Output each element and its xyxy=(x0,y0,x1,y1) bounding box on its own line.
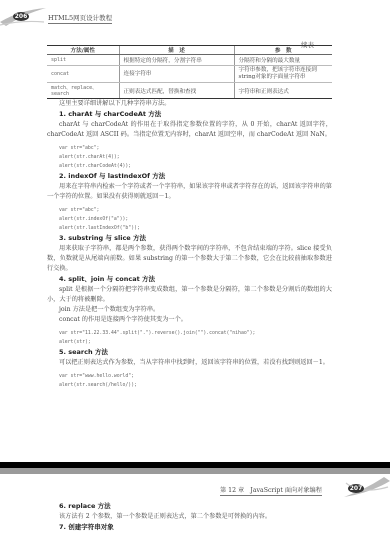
code-line: alert(str.search(/hello/)); xyxy=(47,381,332,390)
table-cell: concat xyxy=(47,66,119,83)
paragraph: split 是根据一个分隔符把字符串变成数组，第一个参数是分隔符，第二个参数是分… xyxy=(47,285,332,305)
page-207: 第 12 章 JavaScript 面向对象编程 207 6. replace … xyxy=(0,474,390,546)
table-row: match、replace、search 正则表达式匹配，替换和查找 字符串和正… xyxy=(47,83,332,99)
code-line: var str="www.hello.world"; xyxy=(47,372,332,381)
table-cell: 字符串参数，把该字符串连接到string对象的字面量字符串 xyxy=(234,66,332,83)
intro-paragraph: 这里主要详细讲解以下几种字符串方法。 xyxy=(47,99,332,109)
paragraph: concat 的作用是连接两个字符使其变为一个。 xyxy=(47,315,332,325)
code-line: var str="abc"; xyxy=(47,206,332,215)
paragraph: charAt 与 charCodeAt 的作用在于取得指定参数位置的字符，从 0… xyxy=(47,120,332,140)
code-line: alert(str.charCodeAt(4)); xyxy=(47,162,332,171)
code-line: alert(str); xyxy=(47,338,332,347)
paragraph: 该方法有 2 个参数，第一个参数是正则表达式，第二个参数是可替换的内容。 xyxy=(47,512,332,522)
paragraph: 用来在字符串内检索一个字符或者一个字符串，如果该字符串或者字符存在的话，返回该字… xyxy=(47,182,332,202)
section-heading: 4. split、join 与 concat 方法 xyxy=(47,274,332,285)
table-row: split 根据特定的分隔符，分割字符串 分隔符和分隔的最大数量 xyxy=(47,55,332,66)
table-row: concat 连接字符串 字符串参数，把该字符串连接到string对象的字面量字… xyxy=(47,66,332,83)
section-heading: 6. replace 方法 xyxy=(47,501,332,512)
table-cell: 分隔符和分隔的最大数量 xyxy=(234,55,332,66)
section-heading: 2. indexOf 与 lastIndexOf 方法 xyxy=(47,171,332,182)
section-heading: 5. search 方法 xyxy=(47,347,332,358)
section-heading: 1. charAt 与 charCodeAt 方法 xyxy=(47,109,332,120)
book-title: HTML5网页设计教程 xyxy=(48,13,112,24)
body-text: 6. replace 方法 该方法有 2 个参数，第一个参数是正则表达式，第二个… xyxy=(47,501,332,533)
paragraph: join 方法是把一个数组变为字符串。 xyxy=(47,305,332,315)
table-cell: 根据特定的分隔符，分割字符串 xyxy=(119,55,234,66)
table-cell: 连接字符串 xyxy=(119,66,234,83)
page-number-badge: 206 xyxy=(13,12,29,21)
table-header-row: 方法/属性 描 述 参 数 xyxy=(47,46,332,55)
running-header-left: 206 HTML5网页设计教程 xyxy=(0,4,120,28)
table-cell: 字符串和正则表达式 xyxy=(234,83,332,99)
table-cell: match、replace、search xyxy=(47,83,119,99)
code-line: var str="abc"; xyxy=(47,144,332,153)
paragraph: 可以把正则表达式作为参数，当从字符串中找到时，返回该字符串的位置，若没有找到则返… xyxy=(47,358,332,368)
page-number-badge: 207 xyxy=(348,484,364,493)
table-cell: 正则表达式匹配，替换和查找 xyxy=(119,83,234,99)
chapter-title: 第 12 章 JavaScript 面向对象编程 xyxy=(220,485,322,496)
section-heading: 3. substring 与 slice 方法 xyxy=(47,233,332,244)
column-header: 描 述 xyxy=(119,46,234,55)
column-header: 参 数 xyxy=(234,46,332,55)
body-text: 这里主要详细讲解以下几种字符串方法。 1. charAt 与 charCodeA… xyxy=(47,99,332,390)
running-header-right: 第 12 章 JavaScript 面向对象编程 207 xyxy=(220,477,390,501)
section-heading: 7. 创建字符串对象 xyxy=(47,522,332,533)
column-header: 方法/属性 xyxy=(47,46,119,55)
code-line: alert(str.indexOf("a")); xyxy=(47,215,332,224)
table-cell: split xyxy=(47,55,119,66)
page-206: 206 HTML5网页设计教程 续表 方法/属性 描 述 参 数 split 根… xyxy=(0,0,390,462)
string-methods-table: 方法/属性 描 述 参 数 split 根据特定的分隔符，分割字符串 分隔符和分… xyxy=(47,45,332,99)
code-line: var str="11.22.33.44".split(".").reverse… xyxy=(47,329,332,338)
code-line: alert(str.charAt(4)); xyxy=(47,153,332,162)
code-line: alert(str.lastIndexOf("b")); xyxy=(47,224,332,233)
paragraph: 用来获取子字符串，都是两个参数，获得两个数字间的字符串，不包含结束端的字符。sl… xyxy=(47,244,332,274)
